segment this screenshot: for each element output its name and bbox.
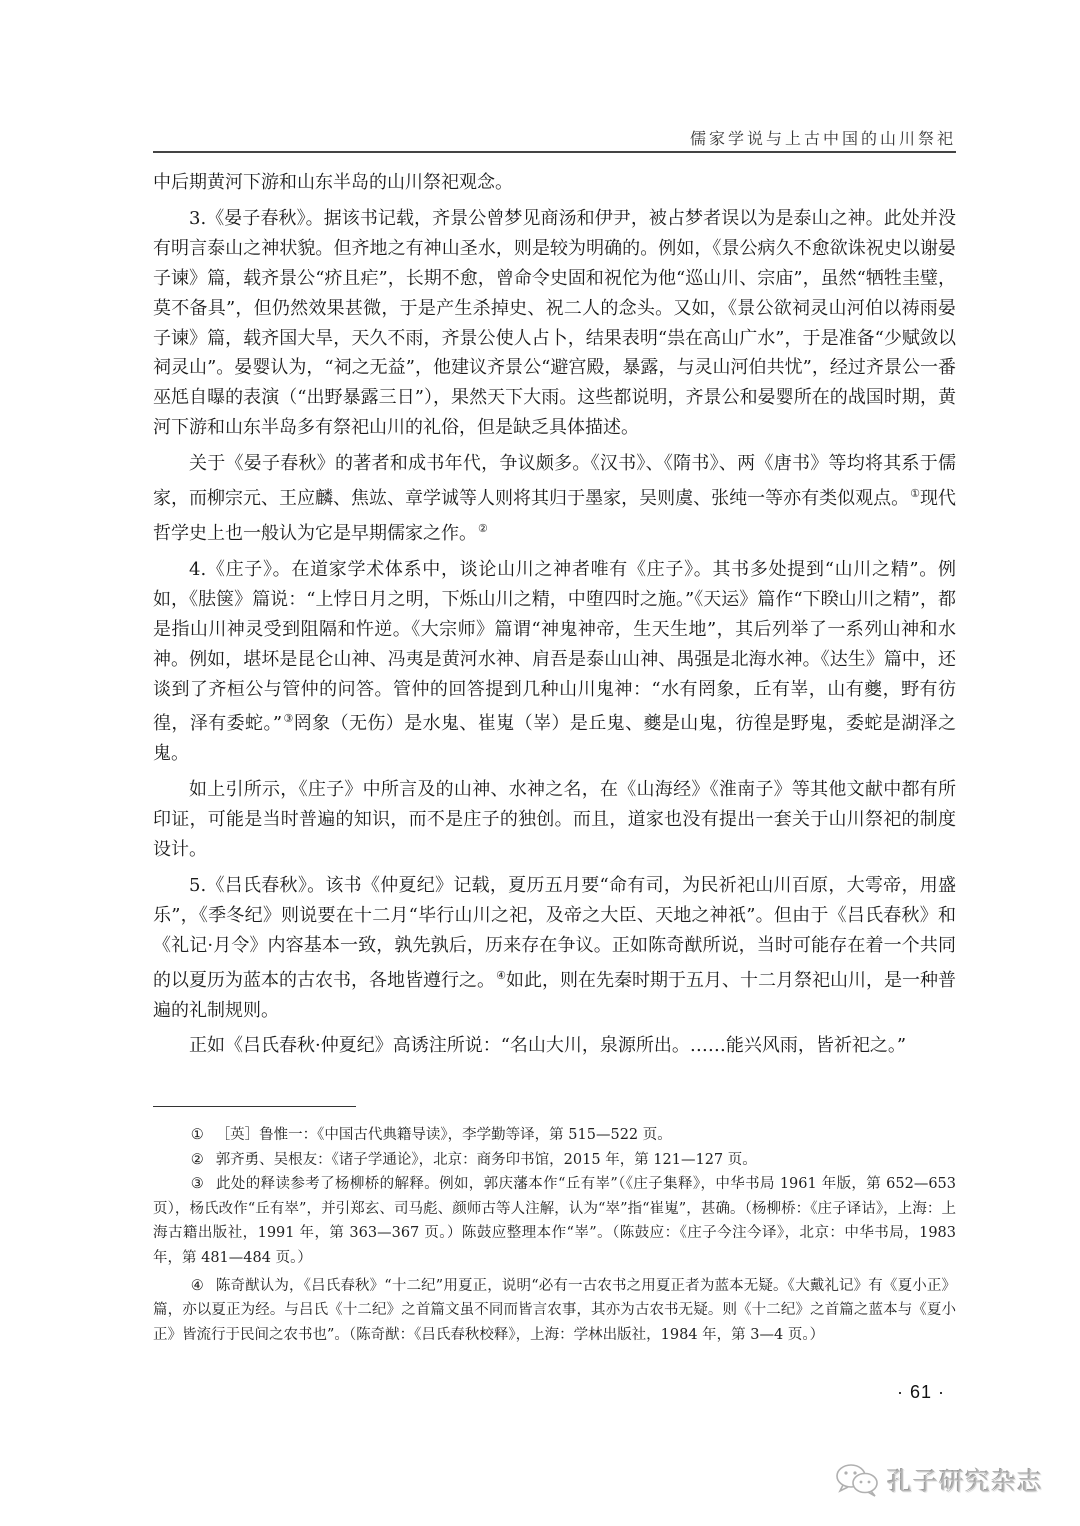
paragraph: 正如《吕氏春秋·仲夏纪》高诱注所说：“名山大川，泉源所出。……能兴风雨，皆祈祀之… (153, 1031, 956, 1061)
page-number: · 61 · (897, 1382, 945, 1403)
watermark-text: 孔子研究杂志 (887, 1462, 1043, 1498)
footnote-ref[interactable]: ② (478, 522, 488, 535)
paragraph: 4.《庄子》。在道家学术体系中，谈论山川之神者唯有《庄子》。其书多处提到“山川之… (153, 555, 956, 769)
footnote-mark: ② (172, 1148, 204, 1173)
footnotes: ①［英］鲁惟一：《中国古代典籍导读》，李学勤等译，第 515—522 页。 ②郭… (153, 1123, 956, 1347)
footnote-mark: ① (172, 1123, 204, 1148)
paragraph: 如上引所示，《庄子》中所言及的山神、水神之名，在《山海经》《淮南子》等其他文献中… (153, 775, 956, 865)
footnote-ref[interactable]: ③ (283, 712, 294, 725)
wechat-icon (835, 1463, 881, 1497)
footnote-item: ④陈奇猷认为，《吕氏春秋》“十二纪”用夏正，说明“必有一古农书之用夏正者为蓝本无… (153, 1274, 956, 1348)
paragraph: 关于《晏子春秋》的著者和成书年代，争议颇多。《汉书》、《隋书》、两《唐书》等均将… (153, 449, 956, 549)
footnote-ref[interactable]: ④ (496, 969, 506, 982)
footnote-item: ②郭齐勇、吴根友：《诸子学通论》，北京：商务印书馆，2015 年，第 121—1… (153, 1148, 956, 1173)
footnote-mark: ③ (172, 1172, 204, 1197)
footnote-mark: ④ (172, 1274, 204, 1299)
body-text: 中后期黄河下游和山东半岛的山川祭祀观念。 3.《晏子春秋》。据该书记载，齐景公曾… (153, 168, 956, 1061)
paragraph: 5.《吕氏春秋》。该书《仲夏纪》记载，夏历五月要“命有司，为民祈祀山川百原，大雩… (153, 871, 956, 1026)
footnote-item: ①［英］鲁惟一：《中国古代典籍导读》，李学勤等译，第 515—522 页。 (153, 1123, 956, 1148)
footnote-ref[interactable]: ① (910, 487, 920, 500)
footnote-item: ③此处的释读参考了杨柳桥的解释。例如，郭庆藩本作“丘有峷”（《庄子集释》，中华书… (153, 1172, 956, 1270)
running-header-title: 儒家学说与上古中国的山川祭祀 (690, 126, 956, 149)
paragraph: 中后期黄河下游和山东半岛的山川祭祀观念。 (153, 168, 956, 198)
header-rule (153, 151, 956, 153)
paragraph: 3.《晏子春秋》。据该书记载，齐景公曾梦见商汤和伊尹，被占梦者误以为是泰山之神。… (153, 204, 956, 443)
watermark: 孔子研究杂志 (835, 1462, 1043, 1498)
footnote-divider (153, 1106, 356, 1107)
